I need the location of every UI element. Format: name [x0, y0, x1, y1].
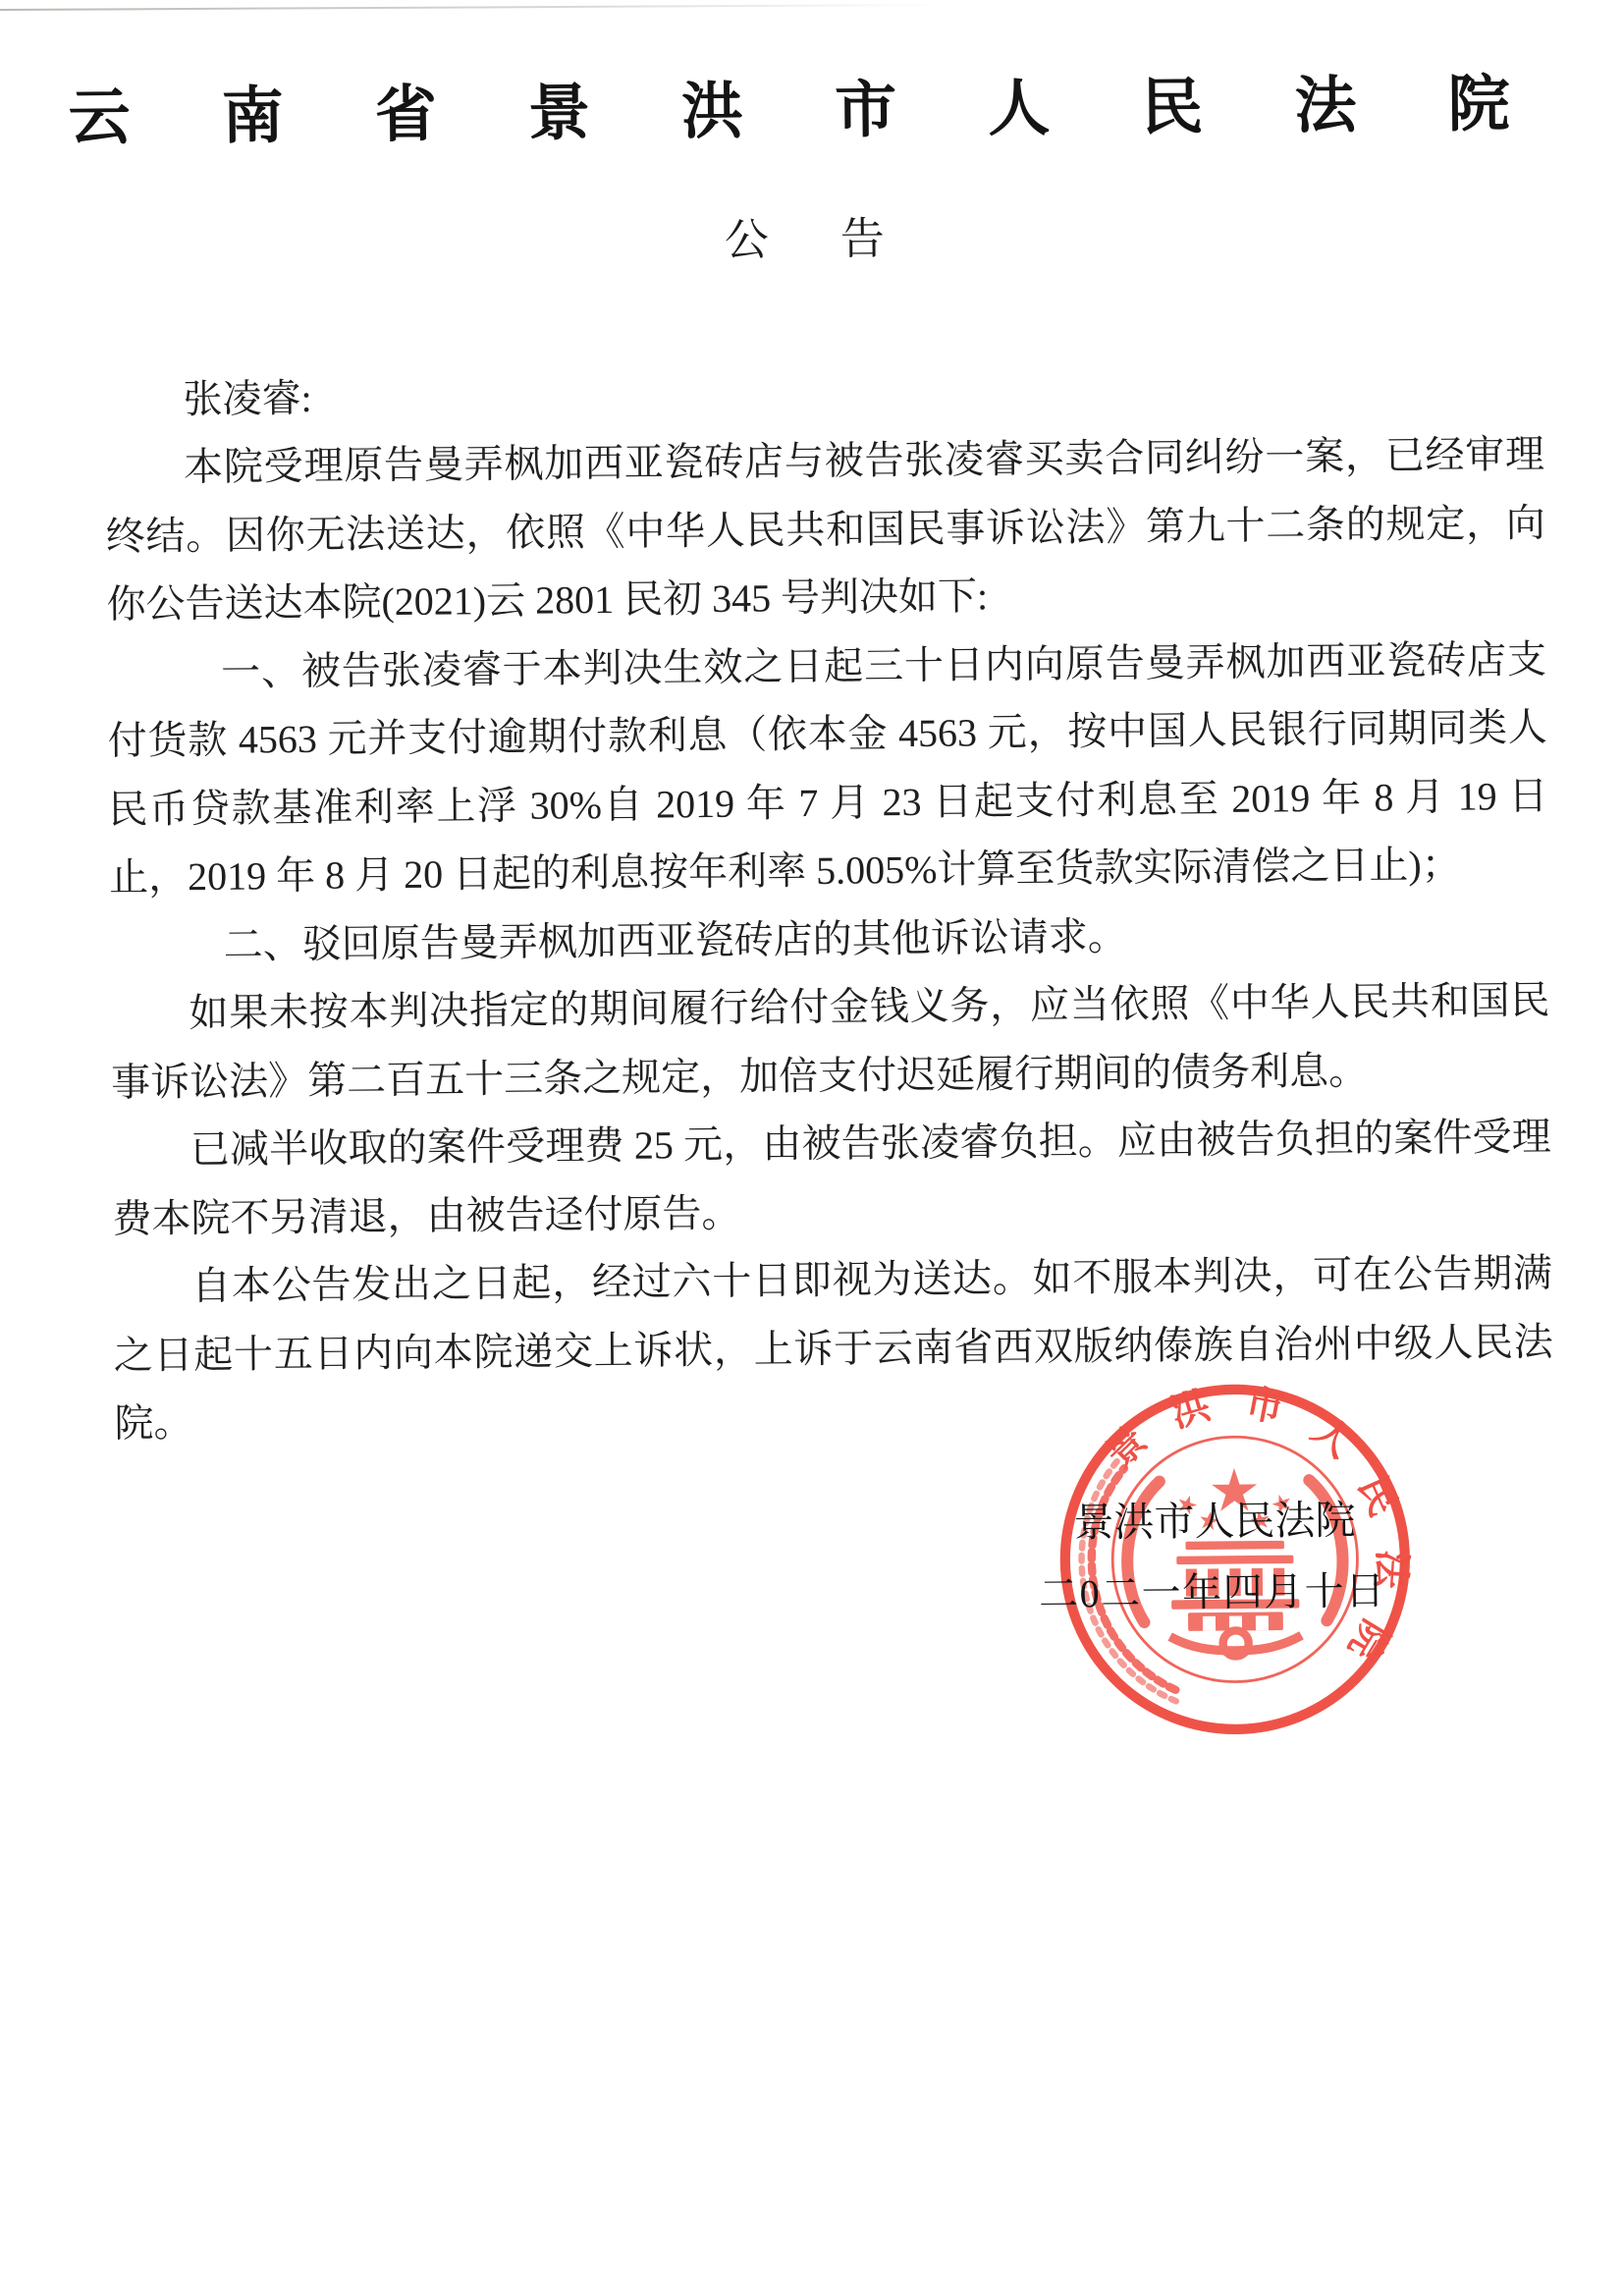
body-paragraph: 如果未按本判决指定的期间履行给付金钱义务，应当依照《中华人民共和国民事诉讼法》第…	[110, 966, 1550, 1117]
body-paragraph-item-1: 一、被告张凌睿于本判决生效之日起三十日内向原告曼弄枫加西亚瓷砖店支付货款 456…	[107, 626, 1549, 912]
gate-arch	[1256, 1615, 1269, 1630]
signature-court-name: 景洪市人民法院	[1073, 1488, 1356, 1549]
doc-type-heading: 公 告	[0, 195, 1616, 275]
gate-arch	[1203, 1616, 1216, 1631]
document-body: 张凌睿: 本院受理原告曼弄枫加西亚瓷砖店与被告张凌睿买卖合同纠纷一案，已经审理终…	[104, 353, 1554, 1458]
ribbon	[1170, 1635, 1302, 1651]
signature-date: 二0二一年四月十日	[1039, 1559, 1386, 1618]
body-paragraph: 已减半收取的案件受理费 25 元，由被告张凌睿负担。应由被告负担的案件受理费本院…	[111, 1103, 1551, 1253]
body-paragraph: 本院受理原告曼弄枫加西亚瓷砖店与被告张凌睿买卖合同纠纷一案，已经审理终结。因你无…	[105, 420, 1546, 639]
scanned-court-announcement: 云南省景洪市人民法院 公 告 张凌睿: 本院受理原告曼弄枫加西亚瓷砖店与被告张凌…	[0, 0, 1623, 2296]
court-title: 云南省景洪市人民法院	[68, 0, 1510, 157]
document-content: 云南省景洪市人民法院 公 告 张凌睿: 本院受理原告曼弄枫加西亚瓷砖店与被告张凌…	[0, 0, 1623, 2296]
